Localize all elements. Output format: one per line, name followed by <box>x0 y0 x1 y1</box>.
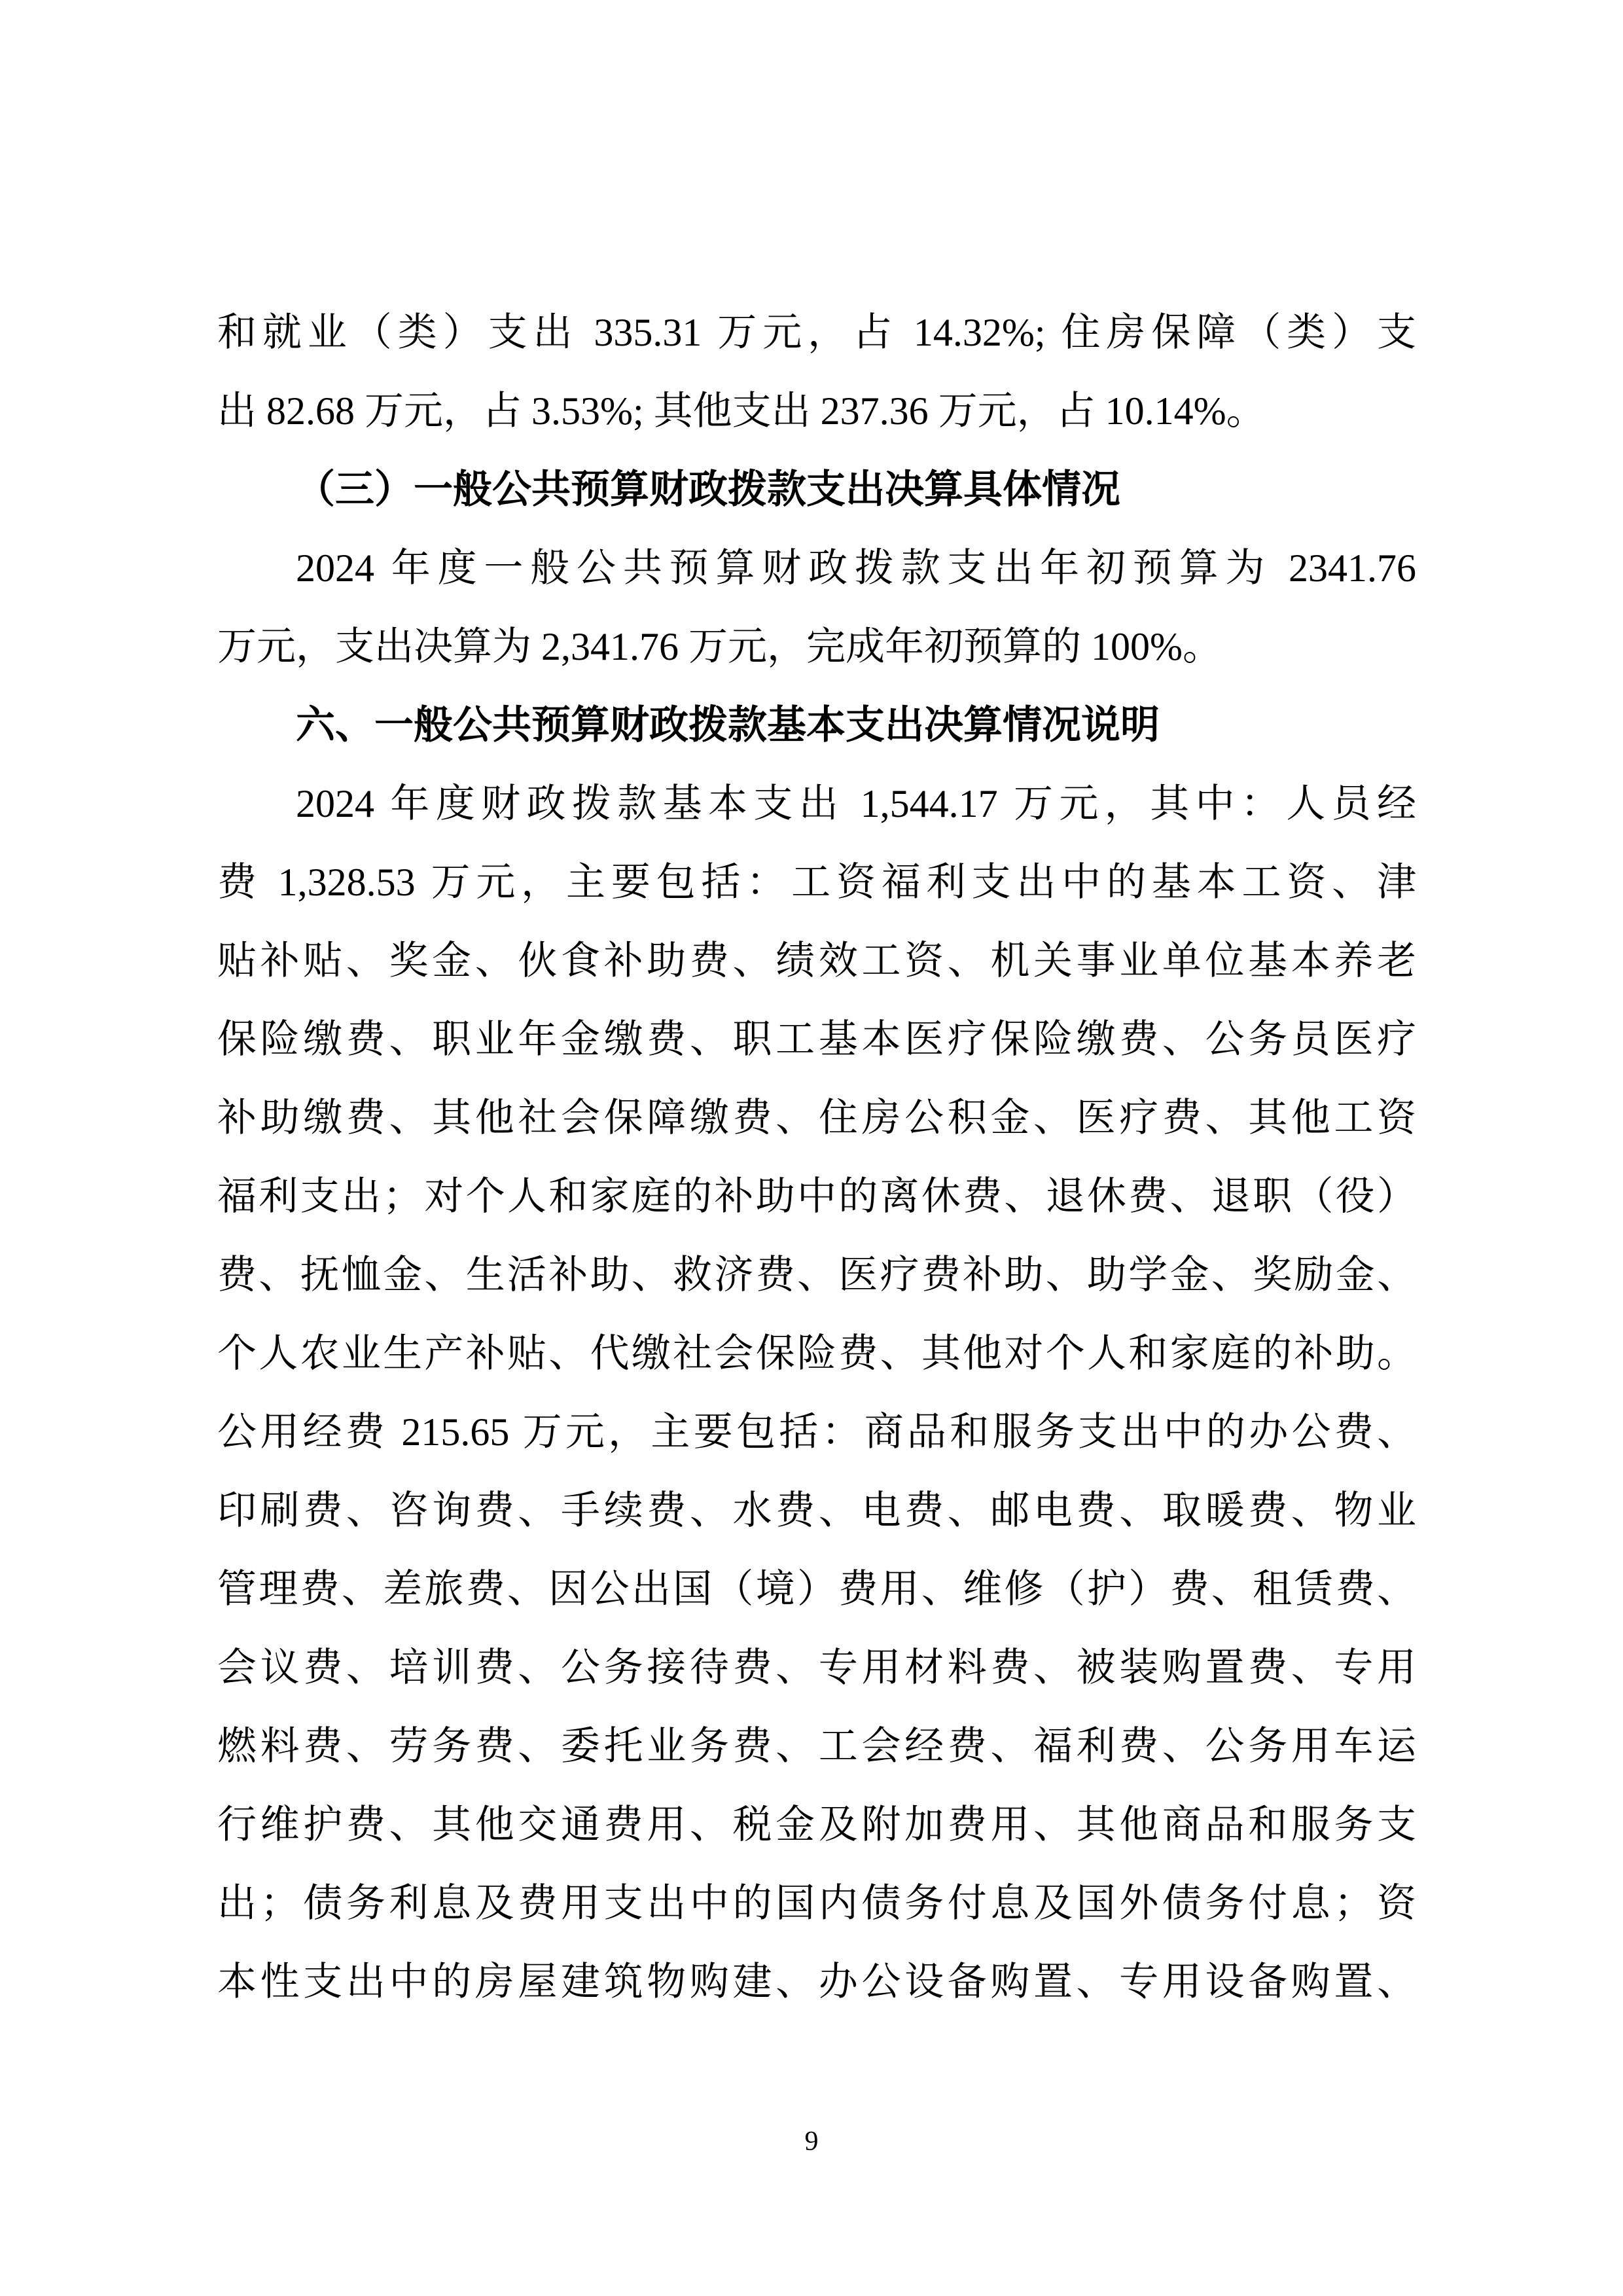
text-line: 行维护费、其他交通费用、税金及附加费用、其他商品和服务支 <box>217 1785 1416 1864</box>
text-line: 个人农业生产补贴、代缴社会保险费、其他对个人和家庭的补助。 <box>217 1314 1416 1393</box>
section-heading-three: （三）一般公共预算财政拨款支出决算具体情况 <box>217 450 1416 529</box>
text-line: 本性支出中的房屋建筑物购建、办公设备购置、专用设备购置、 <box>217 1943 1416 2021</box>
text-line: 费 1,328.53 万元，主要包括：工资福利支出中的基本工资、津 <box>217 843 1416 922</box>
text-line: 出 82.68 万元，占 3.53%; 其他支出 237.36 万元，占 10.… <box>217 372 1416 450</box>
text-line: 公用经费 215.65 万元，主要包括：商品和服务支出中的办公费、 <box>217 1393 1416 1471</box>
page-footer: 9 <box>0 2125 1623 2159</box>
text-line: 保险缴费、职业年金缴费、职工基本医疗保险缴费、公务员医疗 <box>217 1000 1416 1079</box>
document-page: 和就业（类）支出 335.31 万元，占 14.32%; 住房保障（类）支 出 … <box>0 0 1623 2296</box>
section-heading-six: 六、一般公共预算财政拨款基本支出决算情况说明 <box>217 686 1416 764</box>
text-line: 补助缴费、其他社会保障缴费、住房公积金、医疗费、其他工资 <box>217 1079 1416 1157</box>
text-line: 福利支出；对个人和家庭的补助中的离休费、退休费、退职（役） <box>217 1157 1416 1236</box>
text-line: 管理费、差旅费、因公出国（境）费用、维修（护）费、租赁费、 <box>217 1550 1416 1628</box>
text-line: 和就业（类）支出 335.31 万元，占 14.32%; 住房保障（类）支 <box>217 293 1416 372</box>
text-line: 印刷费、咨询费、手续费、水费、电费、邮电费、取暖费、物业 <box>217 1471 1416 1550</box>
text-line: 燃料费、劳务费、委托业务费、工会经费、福利费、公务用车运 <box>217 1707 1416 1785</box>
text-line: 万元，支出决算为 2,341.76 万元，完成年初预算的 100%。 <box>217 607 1416 686</box>
text-line: 出；债务利息及费用支出中的国内债务付息及国外债务付息；资 <box>217 1864 1416 1943</box>
text-line: 费、抚恤金、生活补助、救济费、医疗费补助、助学金、奖励金、 <box>217 1236 1416 1314</box>
page-number: 9 <box>805 2126 819 2157</box>
text-line: 会议费、培训费、公务接待费、专用材料费、被装购置费、专用 <box>217 1628 1416 1707</box>
text-line: 2024 年度财政拨款基本支出 1,544.17 万元，其中：人员经 <box>217 764 1416 843</box>
text-line: 2024 年度一般公共预算财政拨款支出年初预算为 2341.76 <box>217 529 1416 607</box>
text-line: 贴补贴、奖金、伙食补助费、绩效工资、机关事业单位基本养老 <box>217 922 1416 1000</box>
text-block: 和就业（类）支出 335.31 万元，占 14.32%; 住房保障（类）支 出 … <box>217 293 1416 2021</box>
